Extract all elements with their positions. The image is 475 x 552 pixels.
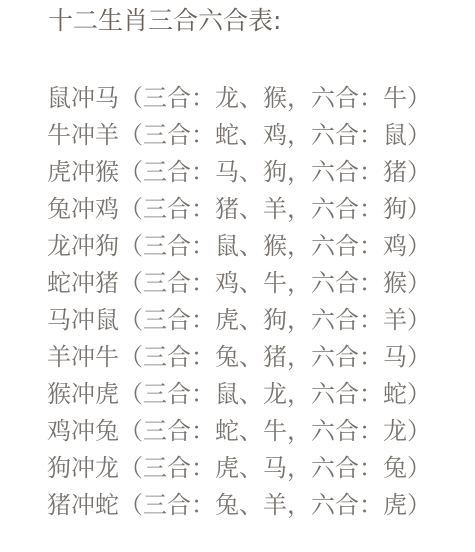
row-text: 猴冲虎（三合：鼠、龙，六合：蛇） (47, 380, 431, 408)
row-text: 兔冲鸡（三合：猪、羊，六合：狗） (47, 195, 431, 223)
row-text: 鼠冲马（三合：龙、猴，六合：牛） (47, 84, 431, 112)
list-item-horse: 马冲鼠（三合：虎、狗，六合：羊） (47, 302, 431, 339)
list-item-snake: 蛇冲猪（三合：鸡、牛，六合：猴） (47, 265, 431, 302)
row-text: 猪冲蛇（三合：兔、羊，六合：虎） (47, 491, 431, 519)
page-title: 十二生肖三合六合表: (48, 4, 281, 38)
row-text: 马冲鼠（三合：虎、狗，六合：羊） (47, 306, 431, 334)
row-text: 牛冲羊（三合：蛇、鸡，六合：鼠） (47, 121, 431, 149)
list-item-dog: 狗冲龙（三合：虎、马，六合：兔） (47, 450, 431, 487)
row-text: 鸡冲兔（三合：蛇、牛，六合：龙） (47, 417, 431, 445)
list-item-rat: 鼠冲马（三合：龙、猴，六合：牛） (47, 80, 431, 117)
row-text: 虎冲猴（三合：马、狗，六合：猪） (47, 158, 431, 186)
list-item-pig: 猪冲蛇（三合：兔、羊，六合：虎） (47, 487, 431, 524)
row-text: 龙冲狗（三合：鼠、猴，六合：鸡） (47, 232, 431, 260)
zodiac-compatibility-list: 鼠冲马（三合：龙、猴，六合：牛） 牛冲羊（三合：蛇、鸡，六合：鼠） 虎冲猴（三合… (47, 80, 431, 524)
row-text: 羊冲牛（三合：兔、猪，六合：马） (47, 343, 431, 371)
row-text: 蛇冲猪（三合：鸡、牛，六合：猴） (47, 269, 431, 297)
list-item-monkey: 猴冲虎（三合：鼠、龙，六合：蛇） (47, 376, 431, 413)
list-item-rooster: 鸡冲兔（三合：蛇、牛，六合：龙） (47, 413, 431, 450)
list-item-dragon: 龙冲狗（三合：鼠、猴，六合：鸡） (47, 228, 431, 265)
list-item-goat: 羊冲牛（三合：兔、猪，六合：马） (47, 339, 431, 376)
row-text: 狗冲龙（三合：虎、马，六合：兔） (47, 454, 431, 482)
list-item-ox: 牛冲羊（三合：蛇、鸡，六合：鼠） (47, 117, 431, 154)
list-item-rabbit: 兔冲鸡（三合：猪、羊，六合：狗） (47, 191, 431, 228)
list-item-tiger: 虎冲猴（三合：马、狗，六合：猪） (47, 154, 431, 191)
